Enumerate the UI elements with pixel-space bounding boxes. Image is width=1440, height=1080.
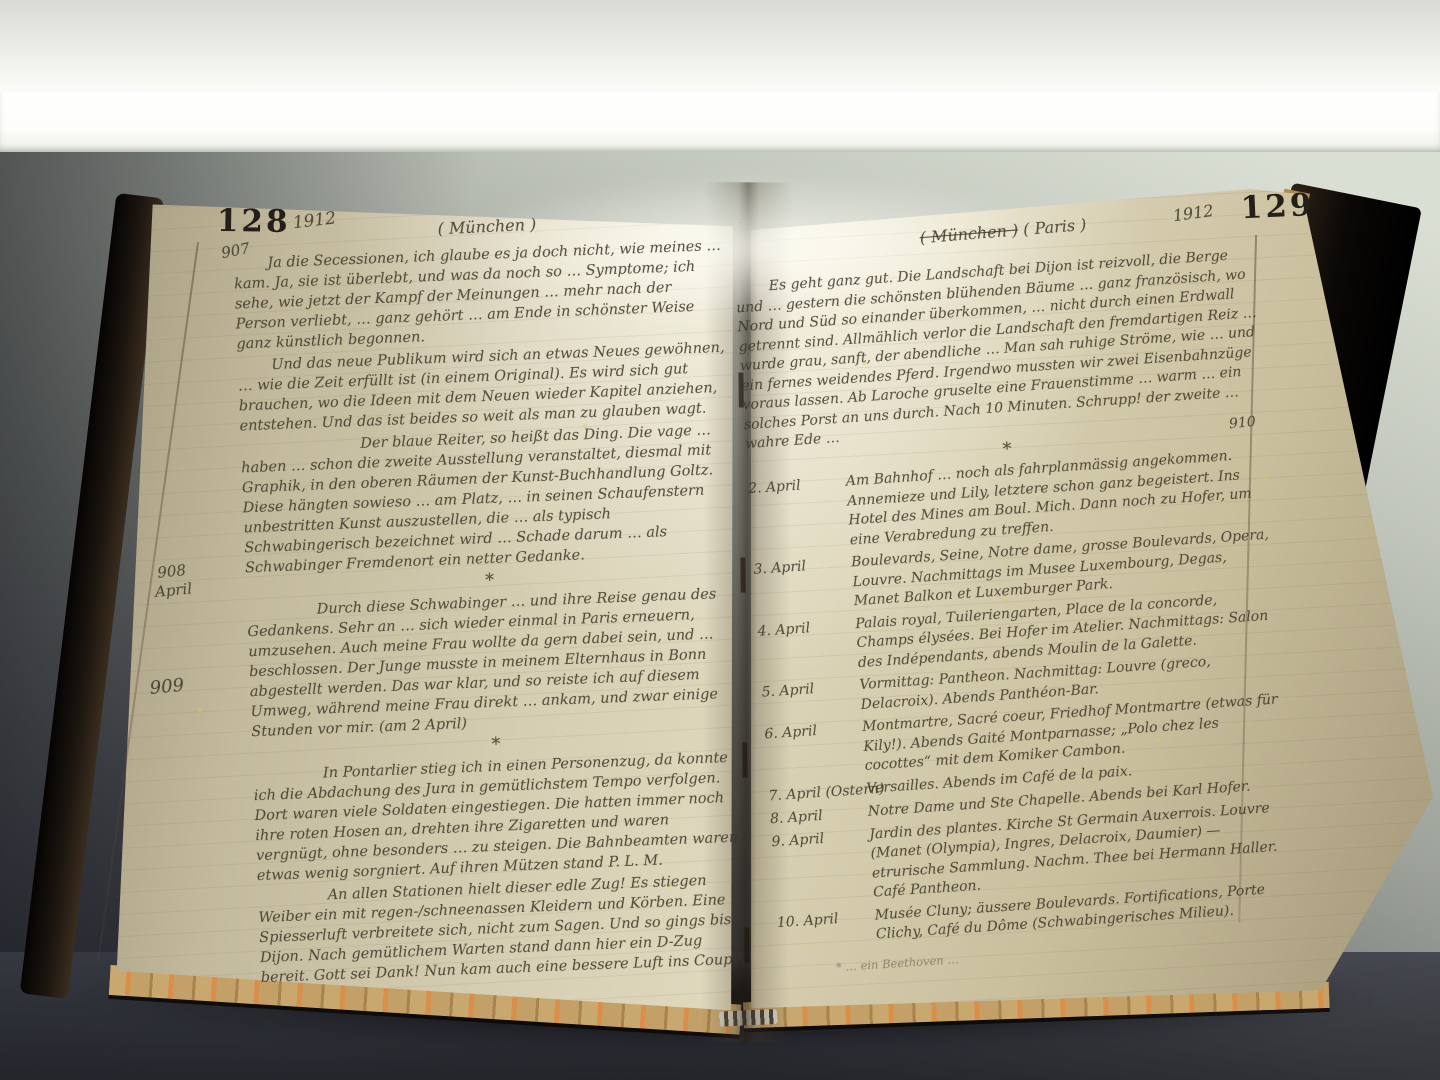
entry-date: 9. April — [771, 829, 825, 852]
entry-date: 10. April — [776, 910, 839, 934]
left-page-number: 128 — [217, 203, 291, 240]
light-band — [0, 92, 1440, 154]
april-entries: 2. April Am Bahnhof … noch als fahrplanm… — [748, 444, 1300, 951]
display-case-top — [0, 0, 1440, 92]
margin-number-909: 909 — [149, 675, 185, 699]
right-page-number: 129 — [1240, 187, 1315, 226]
handwritten-paragraph: An allen Stationen hielt dieser edle Zug… — [257, 869, 748, 988]
left-page-handwriting: Ja die Secessionen, ich glaube es ja doc… — [233, 236, 749, 990]
handwritten-paragraph: Der blaue Reiter, so heißt das Ding. Die… — [240, 420, 733, 579]
handwritten-paragraph: Ja die Secessionen, ich glaube es ja doc… — [233, 236, 724, 355]
paper-speck — [198, 708, 202, 712]
margin-number-908-april: 908 April — [139, 559, 206, 603]
entry-date: 5. April — [761, 680, 815, 703]
entry-date: 6. April — [764, 722, 818, 745]
entry-date: 4. April — [757, 619, 811, 642]
entry-date: 2. April — [748, 477, 802, 500]
handwritten-paragraph: Durch diese Schwabinger … und ihre Reise… — [246, 584, 739, 743]
open-diary-book: 128 1912 ( München ) 907 908 April 909 J… — [101, 175, 1440, 1055]
museum-photo-scene: { "colors": { "page_cream": "#ece5cb", "… — [0, 0, 1440, 1080]
intro-paragraph: Es geht ganz gut. Die Landschaft bei Dij… — [734, 245, 1266, 455]
right-page-handwriting: Es geht ganz gut. Die Landschaft bei Dij… — [734, 245, 1301, 981]
entry-date: 3. April — [753, 557, 807, 580]
handwritten-paragraph: In Pontarlier stieg ich in einen Persone… — [253, 747, 745, 886]
entry-date: 8. April — [769, 806, 823, 829]
